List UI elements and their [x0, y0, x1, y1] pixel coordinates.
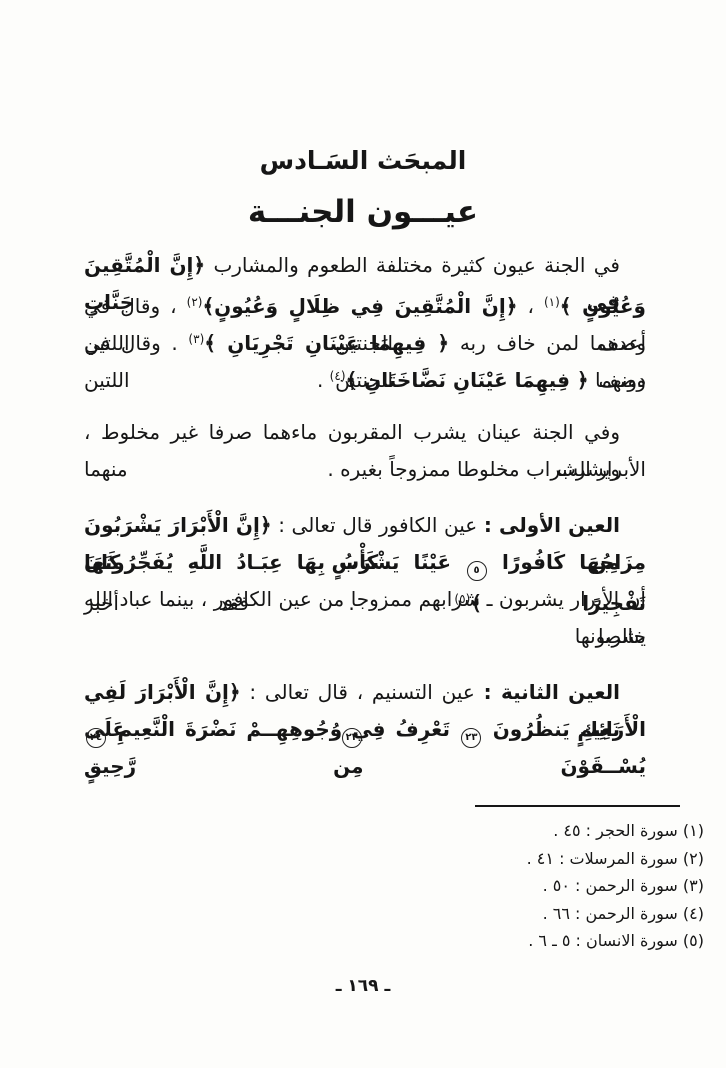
text-line: خالصا . [84, 618, 646, 655]
quran-text: مِزَاجُهَا كَافُورًا [502, 550, 646, 574]
text-run: أعدهما لمن خاف ربه [449, 331, 646, 355]
body-text: في الجنة عيون كثيرة مختلفة الطعوم والمشا… [84, 247, 646, 767]
chapter-title: عيـــون الجنـــة [0, 194, 726, 230]
bold-lead: العين الثانية : [484, 680, 620, 704]
footnote: (٤) سورة الرحمن : ٦٦ . [527, 900, 704, 928]
quran-text: ﴿ فِيهِمَا عَيْنَانِ تَجْرِيَانِ ﴾ [204, 331, 449, 355]
text-line: العين الأولى : عين الكافور قال تعالى : ﴿… [84, 507, 646, 544]
book-page: المبحَث السَـادس عيـــون الجنـــة في الج… [0, 0, 726, 1068]
footnote-ref: (٤) [330, 369, 346, 383]
paragraph: العين الأولى : عين الكافور قال تعالى : ﴿… [84, 507, 646, 655]
text-run: الأبرار الشراب مخلوطا ممزوجاً بغيره . [327, 457, 646, 481]
bold-lead: العين الأولى : [484, 513, 620, 537]
footnote-ref: (٢) [187, 295, 203, 309]
footnotes: (١) سورة الحجر : ٤٥ .(٢) سورة المرسلات :… [527, 817, 704, 955]
text-line: مِزَاجُهَا كَافُورًا ٥ عَيْنًا يَشْرَبُ … [84, 544, 646, 581]
page-number: ـ ١٦٩ ـ [0, 976, 726, 996]
footnote-separator [475, 805, 680, 807]
footnote-ref: (١) [544, 295, 560, 309]
paragraph: في الجنة عيون كثيرة مختلفة الطعوم والمشا… [84, 247, 646, 395]
text-run: . [317, 368, 330, 392]
quran-text: الْأَرَائِكِ يَنظُرُونَ [493, 717, 646, 741]
footnote-ref: (٣) [188, 332, 204, 346]
quran-text: تَعْرِفُ فِي وُجُوهِهِــمْ نَضْرَةَ الْن… [117, 717, 450, 741]
text-run: عين التسنيم ، قال تعالى : [241, 680, 484, 704]
text-line: الْأَرَائِكِ يَنظُرُونَ ٢٣ تَعْرِفُ فِي … [84, 711, 646, 748]
footnote: (٥) سورة الانسان : ٥ ـ ٦ . [527, 927, 704, 955]
text-line: في الجنة عيون كثيرة مختلفة الطعوم والمشا… [84, 247, 646, 284]
quran-text: ﴿ فِيهِمَا عَيْنَانِ نَضَّاخَتَانِ ﴾ [346, 368, 589, 392]
section-heading: المبحَث السَـادس [0, 146, 726, 175]
text-run: خالصا . [585, 624, 646, 648]
ayah-number: ٥ [467, 561, 487, 581]
paragraph: وفي الجنة عينان يشرب المقربون ماءهما صرف… [84, 414, 646, 488]
text-line: أن الأبرار يشربون ـ شرابهم ممزوجا من عين… [84, 581, 646, 618]
footnote: (١) سورة الحجر : ٤٥ . [527, 817, 704, 845]
quran-text: وَعُيُونٍ ﴾ [560, 294, 646, 318]
text-run: عين الكافور قال تعالى : [272, 513, 484, 537]
text-run: في الجنة عيون كثيرة مختلفة الطعوم والمشا… [205, 253, 620, 277]
text-run: ، [517, 294, 544, 318]
text-line: وَعُيُونٍ ﴾(١) ، ﴿إِنَّ الْمُتَّقِينَ فِ… [84, 284, 646, 321]
text-run: دونهما [589, 368, 646, 392]
footnote: (٢) سورة المرسلات : ٤١ . [527, 845, 704, 873]
text-line: العين الثانية : عين التسنيم ، قال تعالى … [84, 674, 646, 711]
text-line: وفي الجنة عينان يشرب المقربون ماءهما صرف… [84, 414, 646, 451]
paragraph: العين الثانية : عين التسنيم ، قال تعالى … [84, 674, 646, 748]
quran-text: يُسْــقَوْنَ مِن رَّحِيقٍ [84, 754, 646, 778]
ayah-number: ٢٣ [461, 728, 481, 748]
ayah-number: ٢٤ [86, 728, 106, 748]
text-line: أعدهما لمن خاف ربه ﴿ فِيهِمَا عَيْنَانِ … [84, 321, 646, 358]
footnote: (٣) سورة الرحمن : ٥٠ . [527, 872, 704, 900]
quran-text: ﴿إِنَّ الْمُتَّقِينَ فِي ظِلَالٍ وَعُيُو… [202, 294, 517, 318]
